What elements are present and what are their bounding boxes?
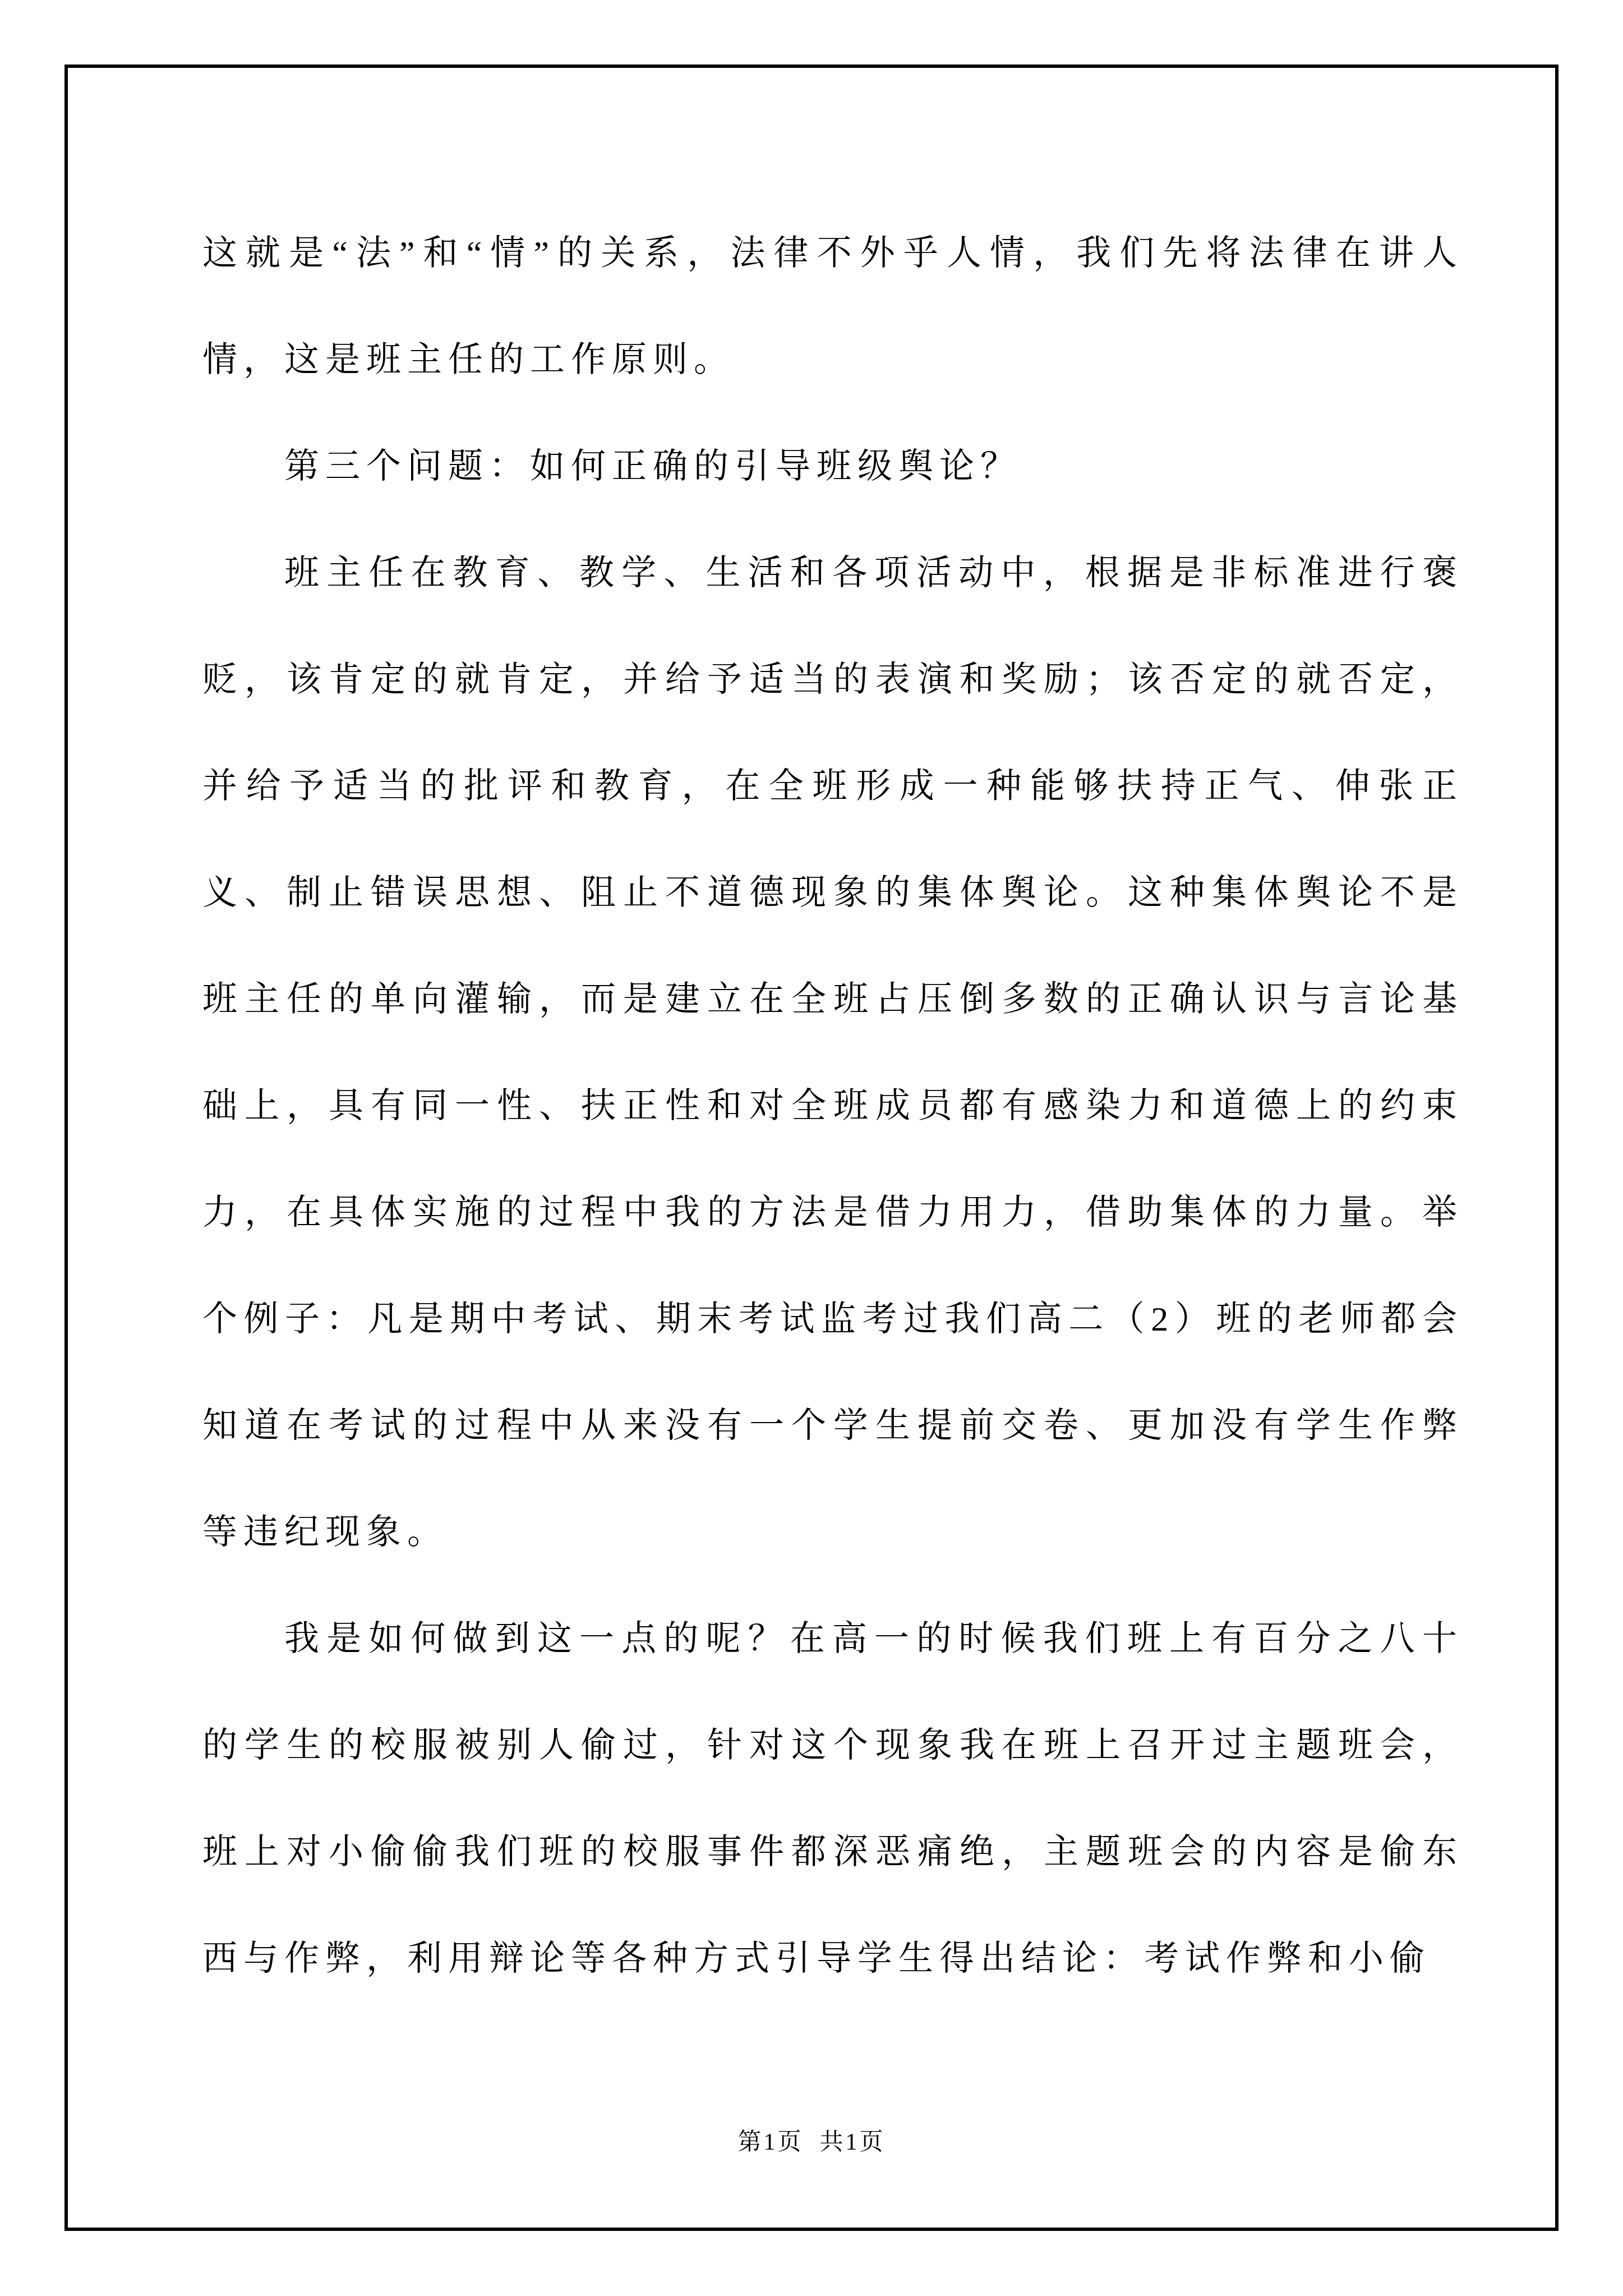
document-body: 这就是“法”和“情”的关系，法律不外乎人情，我们先将法律在讲人情，这是班主任的工… <box>202 200 1463 2012</box>
page-number-footer: 第1页 共1页 <box>68 2123 1555 2157</box>
paragraph-3: 班主任在教育、教学、生活和各项活动中，根据是非标准进行褒贬，该肯定的就肯定，并给… <box>202 520 1463 1586</box>
paragraph-2: 第三个问题：如何正确的引导班级舆论？ <box>202 413 1463 520</box>
document-page: { "document": { "paragraphs": [ { "text"… <box>0 0 1623 2296</box>
paragraph-4: 我是如何做到这一点的呢？在高一的时候我们班上有百分之八十的学生的校服被别人偷过，… <box>202 1586 1463 2012</box>
paragraph-1: 这就是“法”和“情”的关系，法律不外乎人情，我们先将法律在讲人情，这是班主任的工… <box>202 200 1463 413</box>
page-border-frame: 这就是“法”和“情”的关系，法律不外乎人情，我们先将法律在讲人情，这是班主任的工… <box>64 65 1559 2231</box>
